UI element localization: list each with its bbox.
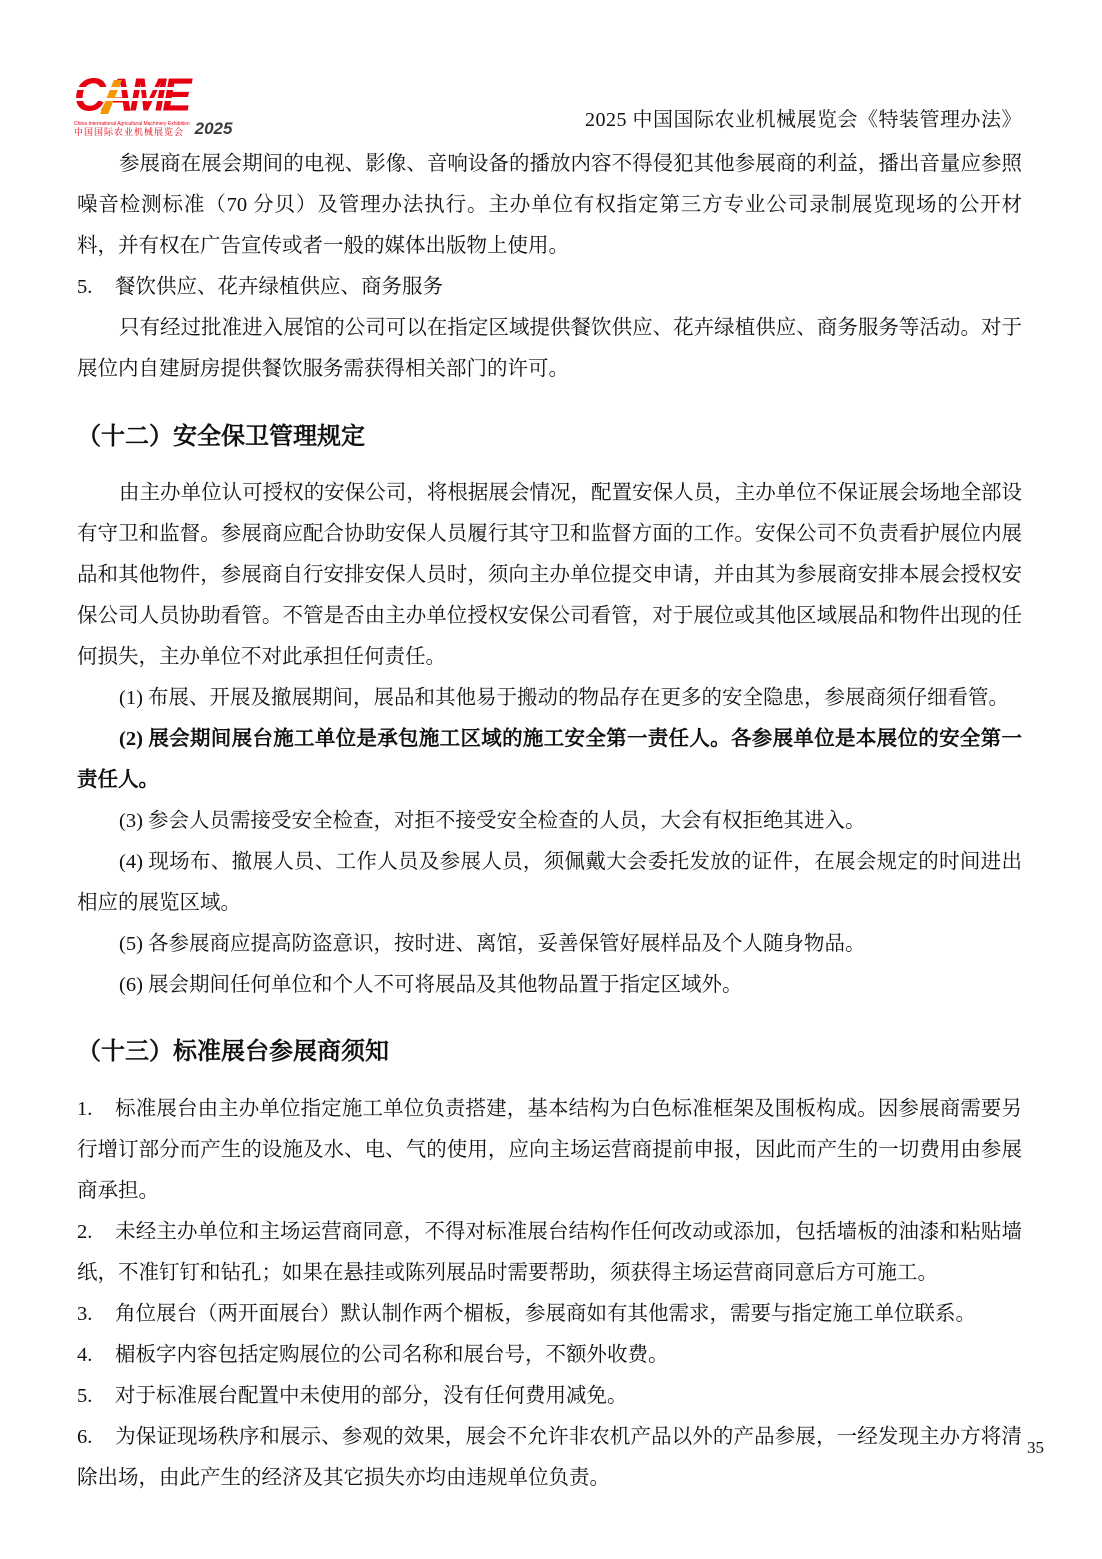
list-item-number: 1. bbox=[77, 1089, 115, 1130]
list-item-text: 未经主办单位和主场运营商同意，不得对标准展台结构作任何改动或添加，包括墙板的油漆… bbox=[77, 1221, 1022, 1284]
came-logo-year: 2025 bbox=[195, 121, 233, 137]
booth-item-3: 3.角位展台（两开面展台）默认制作两个楣板，参展商如有其他需求，需要与指定施工单… bbox=[77, 1294, 1022, 1335]
paragraph-catering: 只有经过批准进入展馆的公司可以在指定区域提供餐饮供应、花卉绿植供应、商务服务等活… bbox=[77, 308, 1022, 390]
list-item-number: 5. bbox=[77, 1376, 115, 1417]
list-item-text: 楣板字内容包括定购展位的公司名称和展台号，不额外收费。 bbox=[115, 1344, 669, 1366]
came-logo-stripe bbox=[73, 87, 207, 90]
list-item-text: 角位展台（两开面展台）默认制作两个楣板，参展商如有其他需求，需要与指定施工单位联… bbox=[115, 1303, 976, 1325]
came-logo-mark: CAME bbox=[74, 74, 224, 120]
list-item-text: 为保证现场秩序和展示、参观的效果，展会不允许非农机产品以外的产品参展，一经发现主… bbox=[77, 1426, 1022, 1489]
came-logo-acronym: CAME bbox=[74, 73, 188, 119]
booth-item-5: 5.对于标准展台配置中未使用的部分，没有任何费用减免。 bbox=[77, 1376, 1022, 1417]
list-item-number: 3. bbox=[77, 1294, 115, 1335]
came-logo-text-lines: China International Agricultural Machine… bbox=[74, 121, 190, 137]
booth-item-6: 6.为保证现场秩序和展示、参观的效果，展会不允许非农机产品以外的产品参展，一经发… bbox=[77, 1417, 1022, 1499]
security-item-2: (2) 展会期间展台施工单位是承包施工区域的施工安全第一责任人。各参展单位是本展… bbox=[77, 719, 1022, 801]
list-item-text: 对于标准展台配置中未使用的部分，没有任何费用减免。 bbox=[115, 1385, 628, 1407]
security-item-5: (5) 各参展商应提高防盗意识，按时进、离馆，妥善保管好展样品及个人随身物品。 bbox=[77, 924, 1022, 965]
came-logo-stripe bbox=[73, 98, 207, 101]
booth-item-4: 4.楣板字内容包括定购展位的公司名称和展台号，不额外收费。 bbox=[77, 1335, 1022, 1376]
page-number: 35 bbox=[1027, 1438, 1044, 1458]
list-item-text: 标准展台由主办单位指定施工单位负责搭建，基本结构为白色标准框架及围板构成。因参展… bbox=[77, 1098, 1022, 1202]
list-item-text: 餐饮供应、花卉绿植供应、商务服务 bbox=[115, 276, 443, 298]
section-heading-13-standard-booth: （十三）标准展台参展商须知 bbox=[77, 1032, 1022, 1072]
came-logo: CAME China International Agricultural Ma… bbox=[74, 74, 224, 137]
list-item-number: 2. bbox=[77, 1212, 115, 1253]
section-heading-12-security: （十二）安全保卫管理规定 bbox=[77, 417, 1022, 457]
booth-item-2: 2.未经主办单位和主场运营商同意，不得对标准展台结构作任何改动或添加，包括墙板的… bbox=[77, 1212, 1022, 1294]
paragraph-av-equipment: 参展商在展会期间的电视、影像、音响设备的播放内容不得侵犯其他参展商的利益，播出音… bbox=[77, 144, 1022, 267]
list-item-number: 4. bbox=[77, 1335, 115, 1376]
security-item-6: (6) 展会期间任何单位和个人不可将展品及其他物品置于指定区域外。 bbox=[77, 965, 1022, 1006]
came-logo-chinese-name: 中国国际农业机械展览会 bbox=[74, 127, 190, 137]
list-item-catering-title: 5.餐饮供应、花卉绿植供应、商务服务 bbox=[77, 267, 1022, 308]
document-header-title: 2025 中国国际农业机械展览会《特装管理办法》 bbox=[585, 103, 1022, 132]
came-logo-subtitle: China International Agricultural Machine… bbox=[74, 121, 224, 137]
security-item-3: (3) 参会人员需接受安全检查，对拒不接受安全检查的人员，大会有权拒绝其进入。 bbox=[77, 801, 1022, 842]
list-item-number: 6. bbox=[77, 1417, 115, 1458]
security-item-1: (1) 布展、开展及撤展期间，展品和其他易于搬动的物品存在更多的安全隐患，参展商… bbox=[77, 678, 1022, 719]
document-page: CAME China International Agricultural Ma… bbox=[0, 0, 1102, 1559]
list-item-number: 5. bbox=[77, 267, 115, 308]
security-item-4: (4) 现场布、撤展人员、工作人员及参展人员，须佩戴大会委托发放的证件，在展会规… bbox=[77, 842, 1022, 924]
booth-item-1: 1.标准展台由主办单位指定施工单位负责搭建，基本结构为白色标准框架及围板构成。因… bbox=[77, 1089, 1022, 1212]
document-body: 参展商在展会期间的电视、影像、音响设备的播放内容不得侵犯其他参展商的利益，播出音… bbox=[77, 144, 1022, 1499]
paragraph-security: 由主办单位认可授权的安保公司，将根据展会情况，配置安保人员，主办单位不保证展会场… bbox=[77, 473, 1022, 678]
